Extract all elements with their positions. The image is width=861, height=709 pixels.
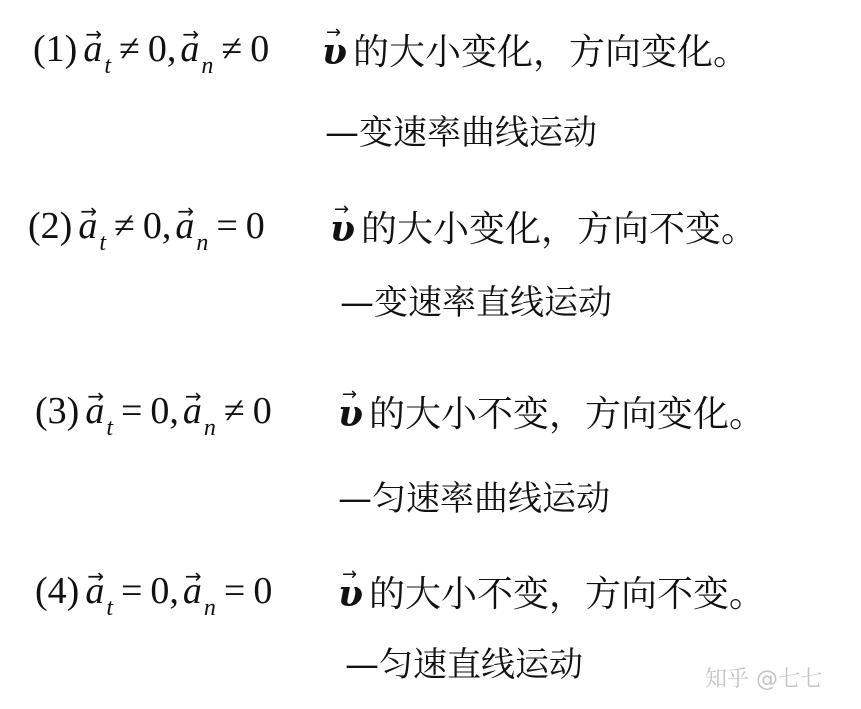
case-number: (2) xyxy=(28,207,72,245)
case-1-formula: (1) →a t ≠ 0 , →a n ≠ 0 xyxy=(33,30,269,68)
tangential-acceleration-vector: →a xyxy=(78,207,97,245)
subscript-n: n xyxy=(196,231,208,255)
vector-arrow-icon: → xyxy=(87,386,104,406)
vector-arrow-icon: → xyxy=(342,566,357,584)
value: 0 xyxy=(150,572,169,610)
relation-operator: = xyxy=(121,572,142,610)
subscript-t: t xyxy=(99,231,106,255)
case-1-result: —变速率曲线运动 xyxy=(325,116,597,150)
normal-acceleration-vector: →a xyxy=(183,392,202,430)
value: 0 xyxy=(150,392,169,430)
vector-arrow-icon: → xyxy=(182,24,199,44)
normal-acceleration-vector: →a xyxy=(183,572,202,610)
vector-arrow-icon: → xyxy=(80,201,97,221)
subscript-t: t xyxy=(104,54,111,78)
velocity-vector: →υ xyxy=(338,396,363,432)
subscript-t: t xyxy=(106,416,113,440)
description-text: 的大小不变，方向变化。 xyxy=(369,397,765,433)
subscript-n: n xyxy=(201,54,213,78)
value: 0 xyxy=(148,30,167,68)
case-1-description: →υ 的大小变化，方向变化。 xyxy=(322,34,749,71)
relation-operator: = xyxy=(224,572,245,610)
separator: , xyxy=(169,572,179,610)
case-2-description: →υ 的大小变化，方向不变。 xyxy=(330,211,757,248)
tangential-acceleration-vector: →a xyxy=(85,572,104,610)
normal-acceleration-vector: →a xyxy=(175,207,194,245)
normal-acceleration-vector: →a xyxy=(180,30,199,68)
case-4-result: —匀速直线运动 xyxy=(345,648,583,682)
velocity-vector: →υ xyxy=(330,211,355,247)
velocity-vector: →υ xyxy=(322,34,347,70)
case-number: (3) xyxy=(35,392,79,430)
separator: , xyxy=(167,30,177,68)
case-3-result: —匀速率曲线运动 xyxy=(338,482,610,516)
case-2-formula: (2) →a t ≠ 0 , →a n = 0 xyxy=(28,207,265,245)
case-4-formula: (4) →a t = 0 , →a n = 0 xyxy=(35,572,272,610)
tangential-acceleration-vector: →a xyxy=(85,392,104,430)
value: 0 xyxy=(246,207,265,245)
case-3-formula: (3) →a t = 0 , →a n ≠ 0 xyxy=(35,392,272,430)
vector-arrow-icon: → xyxy=(334,201,349,219)
description-text: 的大小变化，方向不变。 xyxy=(361,212,757,248)
value: 0 xyxy=(253,572,272,610)
vector-arrow-icon: → xyxy=(185,566,202,586)
separator: , xyxy=(162,207,172,245)
value: 0 xyxy=(253,392,272,430)
vector-arrow-icon: → xyxy=(326,24,341,42)
watermark: 知乎 @七七 xyxy=(705,662,822,693)
value: 0 xyxy=(250,30,269,68)
subscript-n: n xyxy=(204,596,216,620)
case-3-description: →υ 的大小不变，方向变化。 xyxy=(338,396,765,433)
vector-arrow-icon: → xyxy=(185,386,202,406)
description-text: 的大小变化，方向变化。 xyxy=(353,35,749,71)
relation-operator: ≠ xyxy=(224,392,245,430)
vector-arrow-icon: → xyxy=(87,566,104,586)
vector-arrow-icon: → xyxy=(177,201,194,221)
description-text: 的大小不变，方向不变。 xyxy=(369,577,765,613)
case-2-result: —变速率直线运动 xyxy=(340,286,612,320)
relation-operator: = xyxy=(121,392,142,430)
relation-operator: ≠ xyxy=(114,207,135,245)
relation-operator: = xyxy=(216,207,237,245)
vector-arrow-icon: → xyxy=(85,24,102,44)
relation-operator: ≠ xyxy=(119,30,140,68)
subscript-n: n xyxy=(204,416,216,440)
tangential-acceleration-vector: →a xyxy=(83,30,102,68)
relation-operator: ≠ xyxy=(221,30,242,68)
case-number: (4) xyxy=(35,572,79,610)
value: 0 xyxy=(143,207,162,245)
vector-arrow-icon: → xyxy=(342,386,357,404)
case-number: (1) xyxy=(33,30,77,68)
subscript-t: t xyxy=(106,596,113,620)
velocity-vector: →υ xyxy=(338,576,363,612)
separator: , xyxy=(169,392,179,430)
case-4-description: →υ 的大小不变，方向不变。 xyxy=(338,576,765,613)
